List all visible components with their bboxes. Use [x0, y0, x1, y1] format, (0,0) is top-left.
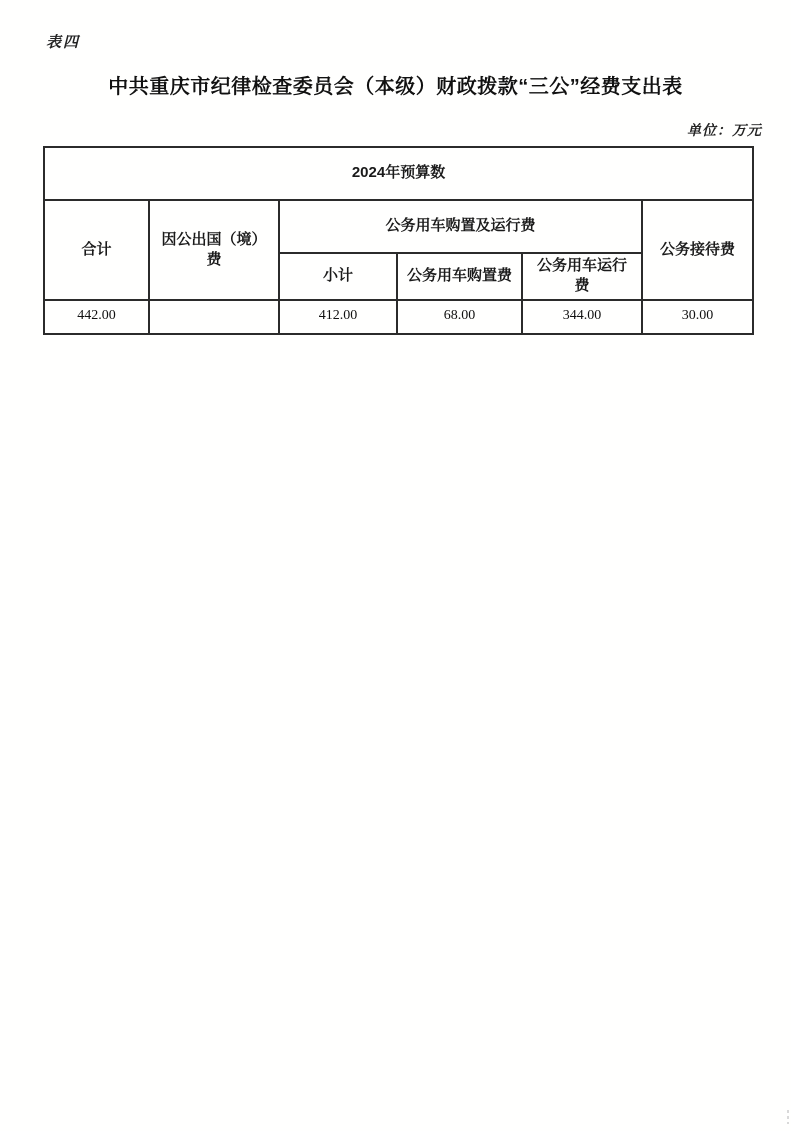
value-vehicle-subtotal: 412.00	[279, 300, 397, 334]
value-reception-expense: 30.00	[642, 300, 753, 334]
span-header-year-budget: 2024年预算数	[44, 147, 753, 200]
header-vehicle-group: 公务用车购置及运行费	[279, 200, 642, 253]
header-vehicle-subtotal: 小计	[279, 253, 397, 300]
unit-note: 单位：万元	[687, 120, 762, 140]
table-row-span-header: 2024年预算数	[44, 147, 753, 200]
table-row-header-top: 合计 因公出国（境） 费 公务用车购置及运行费 公务接待费	[44, 200, 753, 253]
table-number-label: 表四	[46, 31, 80, 52]
header-total: 合计	[44, 200, 149, 300]
header-reception-expense: 公务接待费	[642, 200, 753, 300]
budget-table: 2024年预算数 合计 因公出国（境） 费 公务用车购置及运行费 公务接待费 小…	[43, 146, 754, 335]
value-vehicle-purchase: 68.00	[397, 300, 522, 334]
header-abroad-expense: 因公出国（境） 费	[149, 200, 279, 300]
header-vehicle-operation: 公务用车运行 费	[522, 253, 642, 300]
value-total: 442.00	[44, 300, 149, 334]
header-vehicle-purchase: 公务用车购置费	[397, 253, 522, 300]
value-vehicle-operation: 344.00	[522, 300, 642, 334]
table-row-values: 442.00 412.00 68.00 344.00 30.00	[44, 300, 753, 334]
scanned-document-page: 表四 中共重庆市纪律检查委员会（本级）财政拨款“三公”经费支出表 单位：万元 2…	[0, 0, 791, 1131]
document-title: 中共重庆市纪律检查委员会（本级）财政拨款“三公”经费支出表	[0, 70, 791, 99]
scan-edge-artifact	[787, 1110, 789, 1124]
value-abroad-expense	[149, 300, 279, 334]
